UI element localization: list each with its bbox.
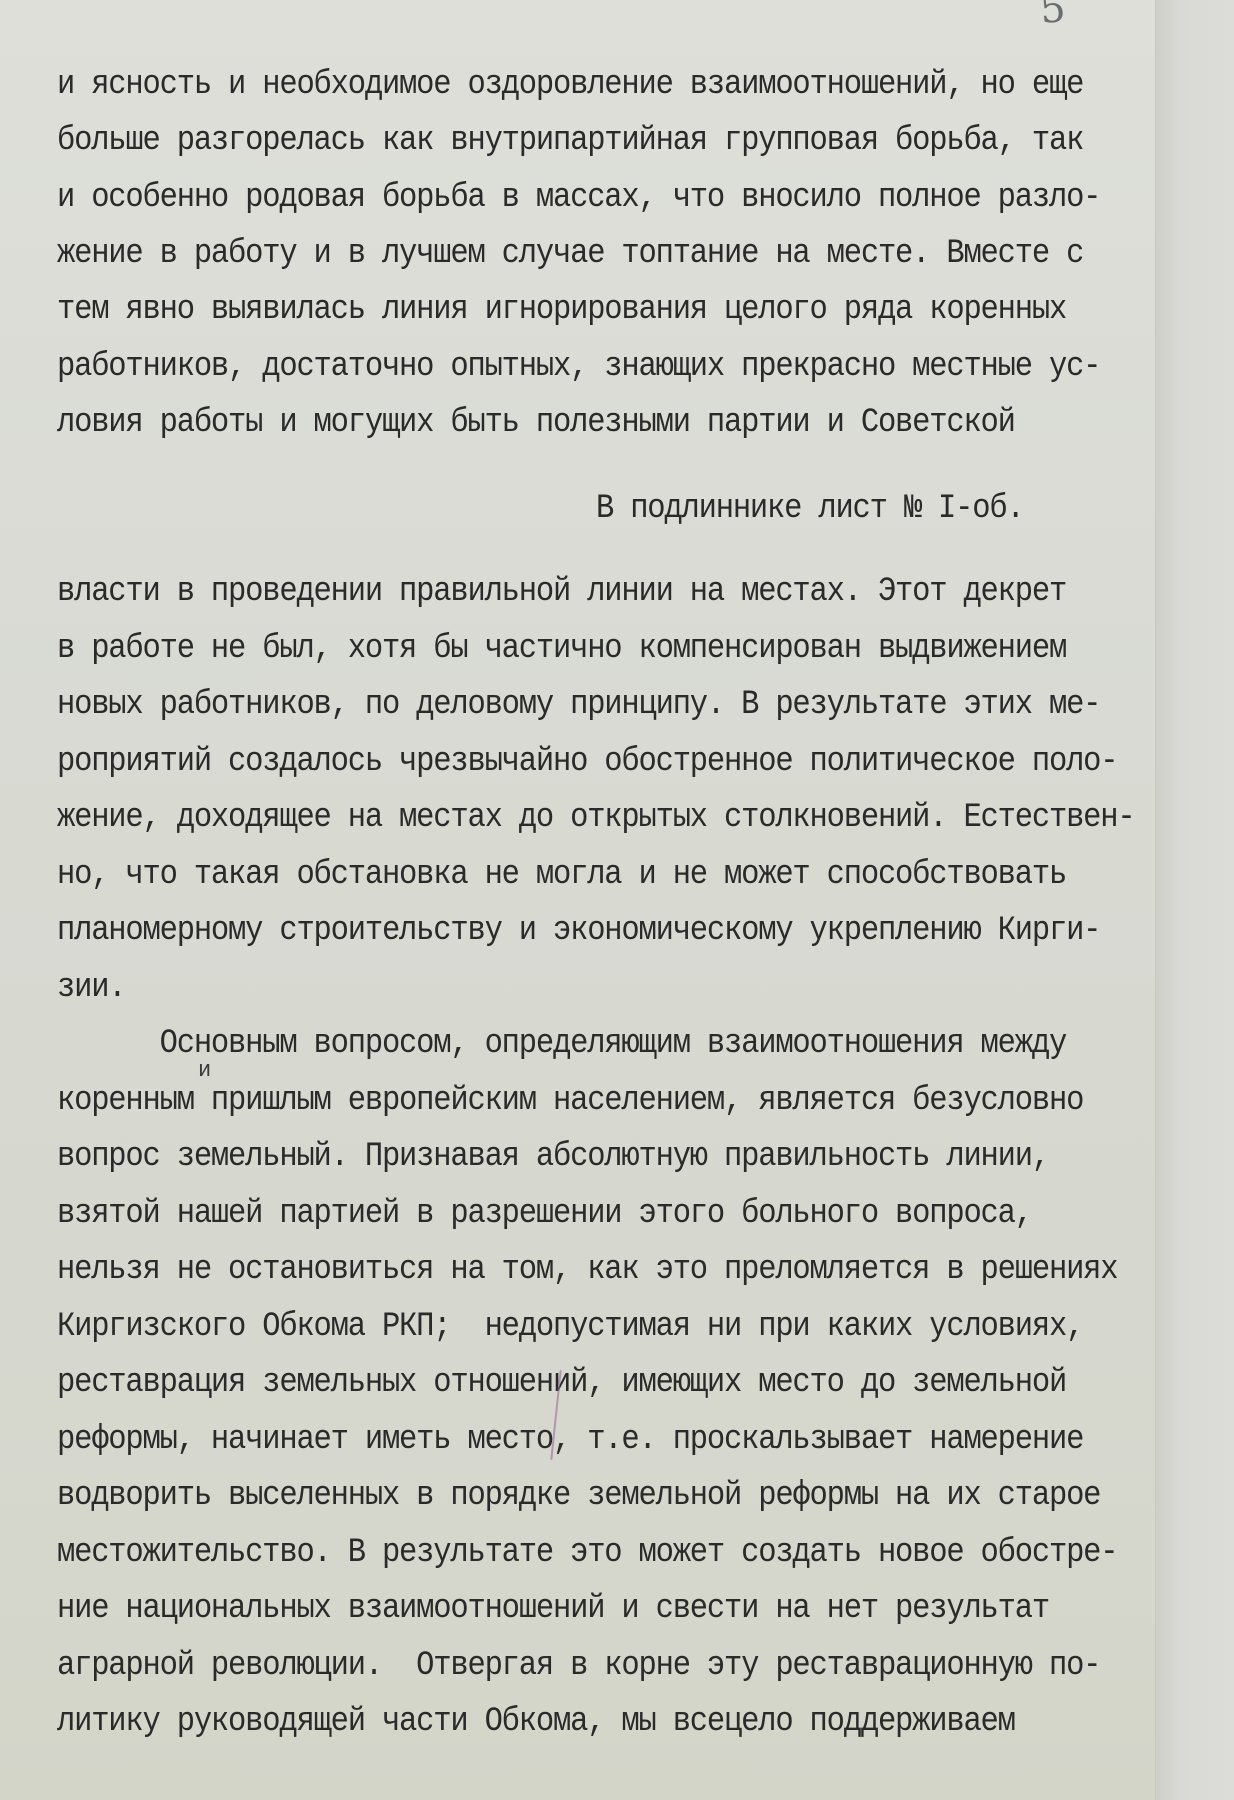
text-line: зии. <box>57 969 125 1007</box>
text-line: местожительство. В результате это может … <box>57 1534 1117 1572</box>
text-line: нельзя не остановиться на том, как это п… <box>57 1251 1117 1289</box>
text-line: жение, доходящее на местах до открытых с… <box>57 799 1135 837</box>
text-line: работников, достаточно опытных, знающих … <box>57 348 1100 386</box>
text-line: планомерному строительству и экономическ… <box>57 912 1100 950</box>
text-line: коренным пришлым европейским населением,… <box>57 1082 1083 1120</box>
text-line: реформы, начинает иметь место, т.е. прос… <box>57 1421 1083 1459</box>
text-line: в работе не был, хотя бы частично компен… <box>57 630 1066 668</box>
text-line: Киргизского Обкома РКП; недопустимая ни … <box>57 1308 1083 1346</box>
text-line: вопрос земельный. Признавая абсолютную п… <box>57 1138 1049 1176</box>
original-sheet-note: В подлиннике лист № I-об. <box>596 490 1024 528</box>
text-line: водворить выселенных в порядке земельной… <box>57 1477 1100 1515</box>
text-line: власти в проведении правильной линии на … <box>57 573 1066 611</box>
text-line: и особенно родовая борьба в массах, что … <box>57 179 1100 217</box>
text-line: новых работников, по деловому принципу. … <box>57 686 1100 724</box>
page-number: 5 <box>1038 0 1068 33</box>
text-line: роприятий создалось чрезвычайно обострен… <box>57 743 1117 781</box>
text-line: больше разгорелась как внутрипартийная г… <box>57 122 1083 160</box>
text-line: и ясность и необходимое оздоровление вза… <box>57 66 1083 104</box>
text-line: тем явно выявилась линия игнорирования ц… <box>57 291 1066 329</box>
document-page: 5 и ясность и необходимое оздоровление в… <box>0 0 1155 1800</box>
text-line: ние национальных взаимоотношений и свест… <box>57 1590 1049 1628</box>
text-line: аграрной революции. Отвергая в корне эту… <box>57 1647 1100 1685</box>
text-line: жение в работу и в лучшем случае топтани… <box>57 235 1083 273</box>
text-line: но, что такая обстановка не могла и не м… <box>57 856 1066 894</box>
text-line: ловия работы и могущих быть полезными па… <box>57 404 1015 442</box>
page-edge <box>1155 0 1234 1800</box>
handwritten-insertion: и <box>198 1058 211 1083</box>
text-line: взятой нашей партией в разрешении этого … <box>57 1195 1032 1233</box>
text-line: литику руководящей части Обкома, мы всец… <box>57 1703 1015 1741</box>
